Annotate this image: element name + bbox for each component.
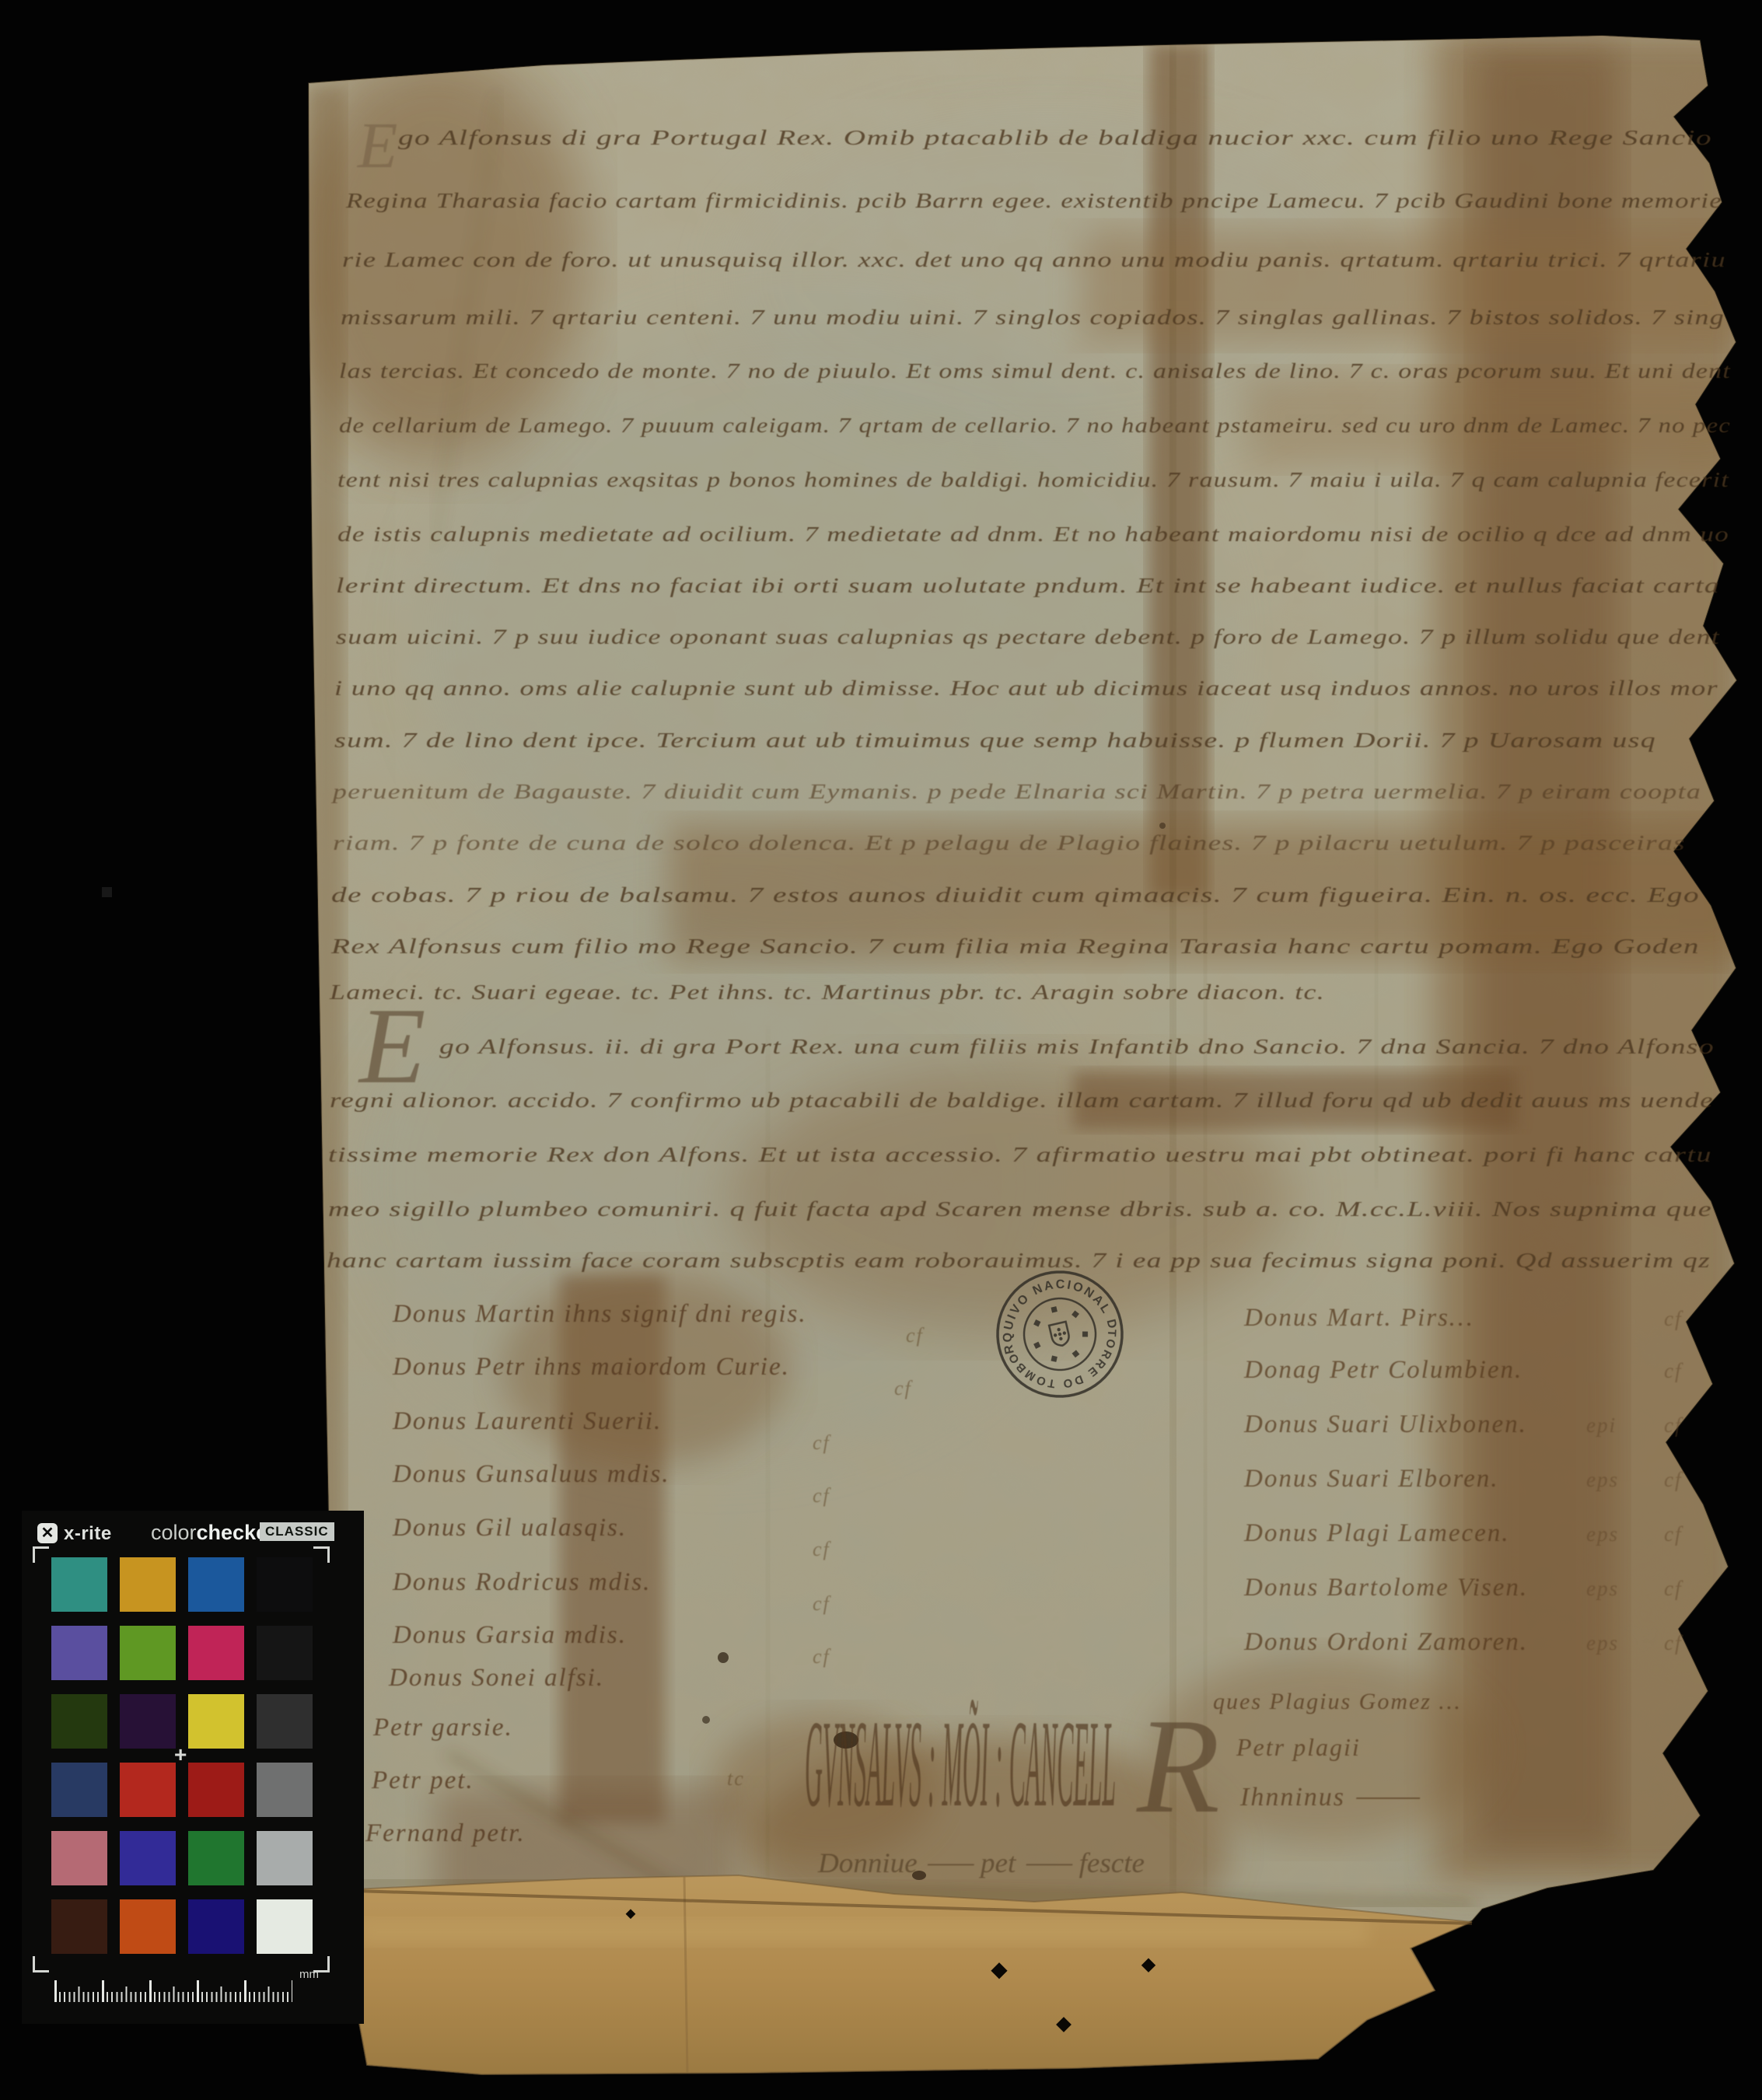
patch-bluish-green	[51, 1557, 107, 1612]
witness-row: Donus Plagi Lamecen.	[1243, 1519, 1510, 1547]
charter-line: missarum mili. 7 qrtariu centeni. 7 unu …	[341, 306, 1725, 329]
bracket-bottom-left	[33, 1956, 49, 1972]
patch-neutral-3-5	[257, 1626, 313, 1680]
patch-blue	[188, 1899, 244, 1954]
patch-white	[257, 1899, 313, 1954]
patch-foliage	[51, 1694, 107, 1749]
charter-line: las tercias. Et concedo de monte. 7 no d…	[339, 359, 1732, 383]
charter-line: riam. 7 p fonte de cuna de solco dolenca…	[333, 831, 1686, 854]
charter-line: suam uicini. 7 p suu iudice oponant suas…	[336, 625, 1721, 648]
patch-neutral-6-5	[257, 1763, 313, 1817]
witness-row: Donus Sonei alfsi.	[388, 1664, 604, 1692]
charter-line: tissime memorie Rex don Alfons. Et ut is…	[328, 1143, 1712, 1166]
witness-row: Donus Martin ihns signif dni regis.	[392, 1300, 807, 1328]
witness-row: Donag Petr Columbien.	[1243, 1356, 1523, 1384]
witness-mark: eps	[1586, 1631, 1619, 1654]
witness-row: Donus Mart. Pirs…	[1243, 1304, 1474, 1332]
witness-mark: cf	[894, 1377, 914, 1399]
charter-line: tent nisi tres calupnias exqsitas p bono…	[337, 468, 1730, 491]
witness-mark: tc	[727, 1767, 745, 1790]
witness-row: Donus Petr ihns maiordom Curie.	[392, 1353, 790, 1381]
witness-mark: cf	[1664, 1468, 1683, 1491]
ruler-major-ticks	[54, 1980, 292, 2002]
mm-ruler: mm	[54, 1971, 292, 2005]
charter-line: rie Lamec con de foro. ut unusquisq illo…	[342, 248, 1726, 271]
charter-line: sum. 7 de lino dent ipce. Tercium aut ub…	[334, 729, 1656, 752]
xrite-logo-icon: ✕	[37, 1523, 58, 1543]
colorchecker-card: ✕ x-rite colorchecker CLASSIC + mm	[22, 1511, 364, 2024]
charter-line: Rex Alfonsus cum filio mo Rege Sancio. 7…	[330, 935, 1700, 958]
patch-yellow	[188, 1694, 244, 1749]
witness-mark: eps	[1586, 1468, 1619, 1491]
witness-mark: eps	[1586, 1577, 1619, 1600]
witness-mark: cf	[1664, 1307, 1683, 1330]
witness-mark: cf	[813, 1645, 832, 1668]
witness-row: Donus Rodricus mdis.	[392, 1568, 651, 1596]
charter-line: go Alfonsus di gra Portugal Rex. Omib pt…	[398, 126, 1712, 149]
witness-row: Donus Suari Elboren.	[1243, 1465, 1499, 1493]
patch-neutral-5	[257, 1694, 313, 1749]
charter-line: de istis calupnis medietate ad ocilium. …	[337, 522, 1729, 546]
patch-orange	[120, 1899, 176, 1954]
witness-mark: epi	[1586, 1413, 1617, 1437]
witness-row: Donus Bartolome Visen.	[1243, 1574, 1528, 1602]
patch-dark-skin	[51, 1899, 107, 1954]
bracket-top-right	[313, 1546, 330, 1563]
patch-moderate-red	[120, 1763, 176, 1817]
patch-blue-flower	[51, 1626, 107, 1680]
monogram-text: GVNSALVS : MÕI : CANCELL	[805, 1694, 1116, 1833]
monogram-subscript: Donniue ⸺ pet ⸺ fescte	[817, 1847, 1145, 1878]
charter-line: Lameci. tc. Suari egeae. tc. Pet ihns. t…	[329, 980, 1325, 1004]
signature-row: Ihnninus ⸻	[1239, 1783, 1421, 1812]
patch-light-skin	[51, 1831, 107, 1885]
witness-mark: cf	[906, 1324, 925, 1347]
patch-neutral-8	[257, 1831, 313, 1885]
patch-cyan	[188, 1557, 244, 1612]
colorchecker-label-light: color	[151, 1521, 197, 1544]
patch-orange-yellow	[120, 1557, 176, 1612]
witness-row: Donus Gil ualasqis.	[392, 1514, 627, 1542]
witness-mark: cf	[813, 1592, 832, 1615]
witness-row: Donus Gunsaluus mdis.	[392, 1460, 669, 1488]
colorchecker-label: colorchecker	[151, 1521, 276, 1545]
archival-photograph: E go Alfonsus di gra Portugal Rex. Omib …	[0, 0, 1762, 2100]
charter-line: hanc cartam iussim face coram subscptis …	[327, 1249, 1711, 1272]
witness-row: Donus Garsia mdis.	[392, 1621, 627, 1649]
patch-blue-sky	[51, 1763, 107, 1817]
charter-line: de cobas. 7 p riou de balsamu. 7 estos a…	[331, 883, 1700, 907]
patch-yellow-green	[120, 1626, 176, 1680]
witness-row: Petr garsie.	[372, 1714, 513, 1742]
patch-purplish-blue	[120, 1831, 176, 1885]
witness-mark: cf	[1664, 1577, 1683, 1600]
signature-row: ques Plagius Gomez …	[1213, 1689, 1461, 1714]
patch-green	[188, 1831, 244, 1885]
patch-magenta	[188, 1626, 244, 1680]
charter-line: de cellarium de Lamego. 7 puuum caleigam…	[339, 414, 1731, 437]
charter-line: Regina Tharasia facio cartam firmicidini…	[345, 189, 1722, 212]
witness-row: Donus Ordoni Zamoren.	[1243, 1628, 1528, 1656]
witness-mark: cf	[813, 1431, 832, 1454]
witness-row: Petr pet.	[371, 1766, 474, 1794]
sensor-artifact-dot	[102, 887, 112, 897]
plica-fold	[349, 1875, 1472, 2074]
ruler-unit-label: mm	[299, 1968, 319, 1981]
witness-row: Fernand petr.	[365, 1819, 526, 1847]
witness-row: Donus Laurenti Suerii.	[392, 1407, 662, 1435]
signature-row: Petr plagii	[1236, 1733, 1361, 1761]
bracket-top-left	[33, 1546, 49, 1563]
witness-mark: cf	[1664, 1522, 1683, 1546]
crosshair-icon: +	[174, 1742, 187, 1767]
witness-mark: cf	[1664, 1359, 1683, 1382]
classic-badge: CLASSIC	[260, 1522, 334, 1541]
witness-mark: cf	[813, 1484, 832, 1507]
charter-line: peruenitum de Bagauste. 7 diuidit cum Ey…	[330, 780, 1701, 803]
charter-line: lerint directum. Et dns no faciat ibi or…	[336, 574, 1720, 597]
patch-red	[188, 1763, 244, 1817]
patch-black	[257, 1557, 313, 1612]
xrite-brand-label: x-rite	[64, 1523, 112, 1545]
charter-line: meo sigillo plumbeo comuniri. q fuit fac…	[328, 1197, 1712, 1221]
initial-ego-1: E	[357, 110, 398, 182]
patch-purple	[120, 1694, 176, 1749]
witness-mark: eps	[1586, 1522, 1619, 1546]
witness-mark: cf	[1664, 1631, 1683, 1654]
charter-line: regni alionor. accido. 7 confirmo ub pta…	[330, 1088, 1714, 1112]
monogram-flourish: R	[1136, 1690, 1220, 1841]
witness-mark: cf	[813, 1538, 832, 1560]
witness-mark: cf	[1664, 1413, 1683, 1437]
charter-line: i uno qq anno. oms alie calupnie sunt ub…	[334, 676, 1718, 700]
charter-line: go Alfonsus. ii. di gra Port Rex. una cu…	[439, 1035, 1715, 1058]
witness-row: Donus Suari Ulixbonen.	[1243, 1410, 1527, 1438]
